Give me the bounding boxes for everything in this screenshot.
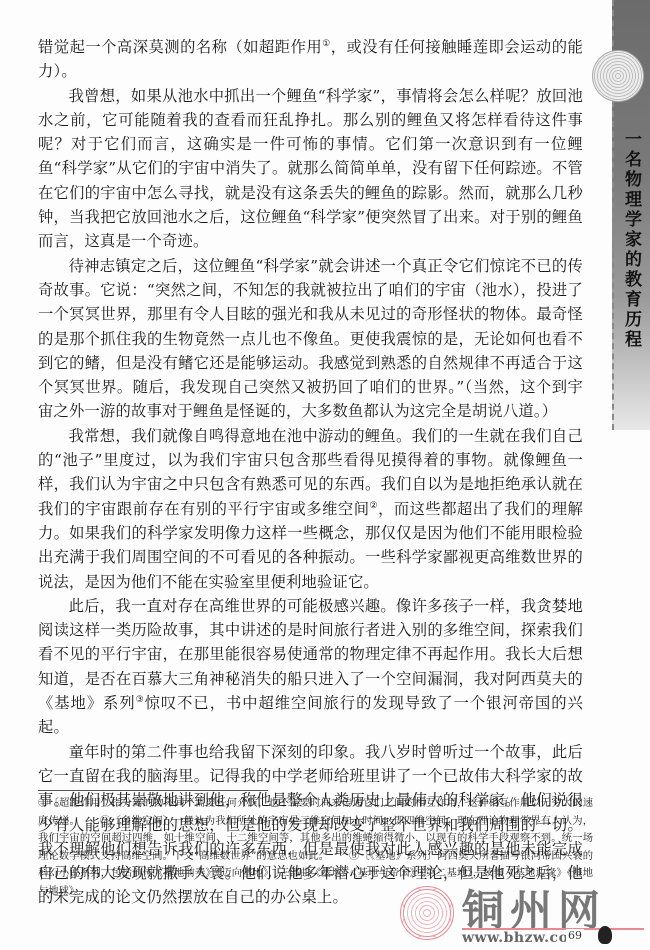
paragraph: 错觉起一个高深莫测的名称（如超距作用①，或没有任何接触睡莲即会运动的能力）。 xyxy=(38,35,583,84)
page-number: 69 xyxy=(566,929,584,942)
body-text: 错觉起一个高深莫测的名称（如超距作用①，或没有任何接触睡莲即会运动的能力）。我曾… xyxy=(38,35,583,910)
page-corner-mark-icon xyxy=(598,926,612,944)
book-page: 一名物理学家的教育历程 错觉起一个高深莫测的名称（如超距作用①，或没有任何接触睡… xyxy=(0,0,650,950)
concentric-circle-emblem-icon xyxy=(592,50,644,102)
footnote-divider xyxy=(38,790,268,791)
footnote-marker[interactable]: ③ xyxy=(136,695,145,705)
chapter-side-title: 一名物理学家的教育历程 xyxy=(620,130,644,350)
paragraph: 我曾想，如果从池水中抓出一个鲤鱼“科学家”，事情将会怎么样呢？放回池水之前，它可… xyxy=(38,84,583,254)
paragraph-text: 错觉起一个高深莫测的名称（如超距作用 xyxy=(38,38,322,56)
paragraph-text: 待神志镇定之后，这位鲤鱼“科学家”就会讲述一个真正令它们惊诧不已的传奇故事。它说… xyxy=(38,257,583,421)
footnote-marker[interactable]: ② xyxy=(370,501,379,511)
paragraph-text: 我曾想，如果从池水中抓出一个鲤鱼“科学家”，事情将会怎么样呢？放回池水之前，它可… xyxy=(38,87,583,251)
watermark-logo-icon xyxy=(400,886,454,940)
footnote-marker[interactable]: ① xyxy=(322,39,331,49)
paragraph: 此后，我一直对存在高维世界的可能极感兴趣。像许多孩子一样，我贪婪地阅读这样一类历… xyxy=(38,594,583,740)
paragraph: 待神志镇定之后，这位鲤鱼“科学家”就会讲述一个真正令它们惊诧不已的传奇故事。它说… xyxy=(38,254,583,424)
paragraph: 我常想，我们就像自鸣得意地在池中游动的鲤鱼。我们的一生就在我们自己的“池子”里度… xyxy=(38,424,583,594)
